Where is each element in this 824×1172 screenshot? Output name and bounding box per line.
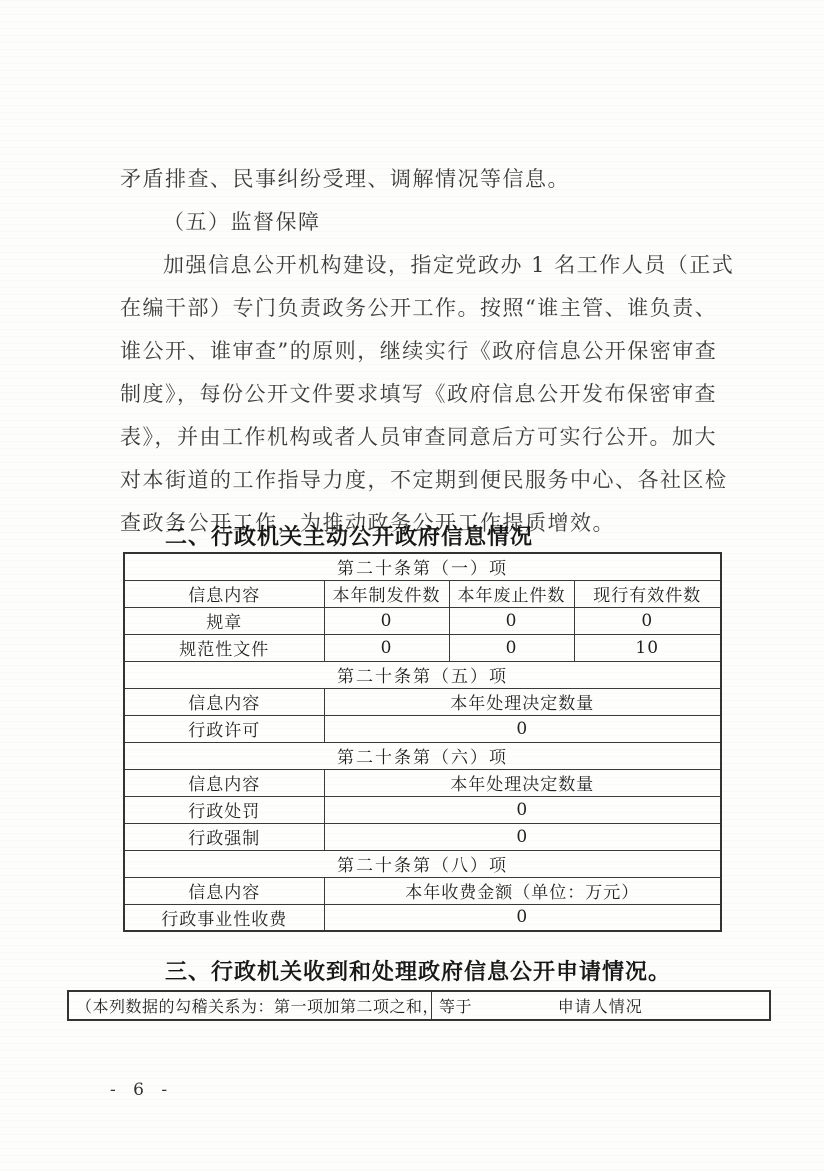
cell-value: 0 — [324, 715, 721, 742]
cell-value: 0 — [449, 607, 574, 634]
column-header: 信息内容 — [124, 877, 324, 904]
table-row: 规范性文件 0 0 10 — [124, 634, 721, 661]
column-header: 本年处理决定数量 — [324, 688, 721, 715]
column-header: 本年处理决定数量 — [324, 769, 721, 796]
body-line: 加强信息公开机构建设，指定党政办 1 名工作人员（正式 — [120, 244, 736, 287]
row-label: 规范性文件 — [124, 634, 324, 661]
table-row: 行政许可 0 — [124, 715, 721, 742]
body-line: 对本街道的工作指导力度，不定期到便民服务中心、各社区检 — [120, 459, 736, 502]
table-section-title: 第二十条第（五）项 — [124, 661, 721, 688]
table-section-title: 第二十条第（一）项 — [124, 553, 721, 580]
table-row: 行政强制 0 — [124, 823, 721, 850]
column-header: 本年收费金额（单位：万元） — [324, 877, 721, 904]
cell-value: 0 — [324, 823, 721, 850]
row-label: 行政处罚 — [124, 796, 324, 823]
row-label: 行政许可 — [124, 715, 324, 742]
cell-value: 0 — [324, 607, 449, 634]
column-header: 本年制发件数 — [324, 580, 449, 607]
table-row: 规章 0 0 0 — [124, 607, 721, 634]
cell-value: 0 — [449, 634, 574, 661]
column-header: 信息内容 — [124, 769, 324, 796]
body-line-subheading: （五）监督保障 — [120, 201, 736, 244]
applicant-header: 申请人情况 — [431, 991, 770, 1020]
row-label: 行政强制 — [124, 823, 324, 850]
column-header: 信息内容 — [124, 688, 324, 715]
table-section-title: 第二十条第（六）项 — [124, 742, 721, 769]
row-label: 行政事业性收费 — [124, 904, 324, 931]
cell-value: 0 — [574, 607, 721, 634]
column-header: 本年废止件数 — [449, 580, 574, 607]
body-line: 在编干部）专门负责政务公开工作。按照“谁主管、谁负责、 — [120, 287, 736, 330]
cell-value: 0 — [324, 634, 449, 661]
request-handling-table: （本列数据的勾稽关系为：第一项加第二项之和，等于 申请人情况 — [67, 990, 771, 1021]
cell-value: 10 — [574, 634, 721, 661]
body-line: 制度》，每份公开文件要求填写《政府信息公开发布保密审查 — [120, 373, 736, 416]
cell-value: 0 — [324, 904, 721, 931]
column-header: 信息内容 — [124, 580, 324, 607]
row-label: 规章 — [124, 607, 324, 634]
section2-heading: 二、行政机关主动公开政府信息情况 — [120, 520, 760, 551]
column-header: 现行有效件数 — [574, 580, 721, 607]
body-paragraph: 矛盾排查、民事纠纷受理、调解情况等信息。 （五）监督保障 加强信息公开机构建设，… — [120, 158, 736, 545]
cell-value: 0 — [324, 796, 721, 823]
table-section-title: 第二十条第（八）项 — [124, 850, 721, 877]
proactive-disclosure-table: 第二十条第（一）项 信息内容 本年制发件数 本年废止件数 现行有效件数 规章 0… — [123, 552, 722, 932]
table-row: 行政处罚 0 — [124, 796, 721, 823]
body-line: 表》，并由工作机构或者人员审查同意后方可实行公开。加大 — [120, 416, 736, 459]
body-line: 谁公开、谁审查”的原则，继续实行《政府信息公开保密审查 — [120, 330, 736, 373]
page-number: - 6 - — [110, 1080, 173, 1100]
table-row: 行政事业性收费 0 — [124, 904, 721, 931]
reconciliation-note: （本列数据的勾稽关系为：第一项加第二项之和，等于 — [68, 991, 431, 1020]
body-line: 矛盾排查、民事纠纷受理、调解情况等信息。 — [120, 158, 736, 201]
section3-heading: 三、行政机关收到和处理政府信息公开申请情况。 — [120, 955, 760, 986]
table-row: （本列数据的勾稽关系为：第一项加第二项之和，等于 申请人情况 — [68, 991, 770, 1020]
